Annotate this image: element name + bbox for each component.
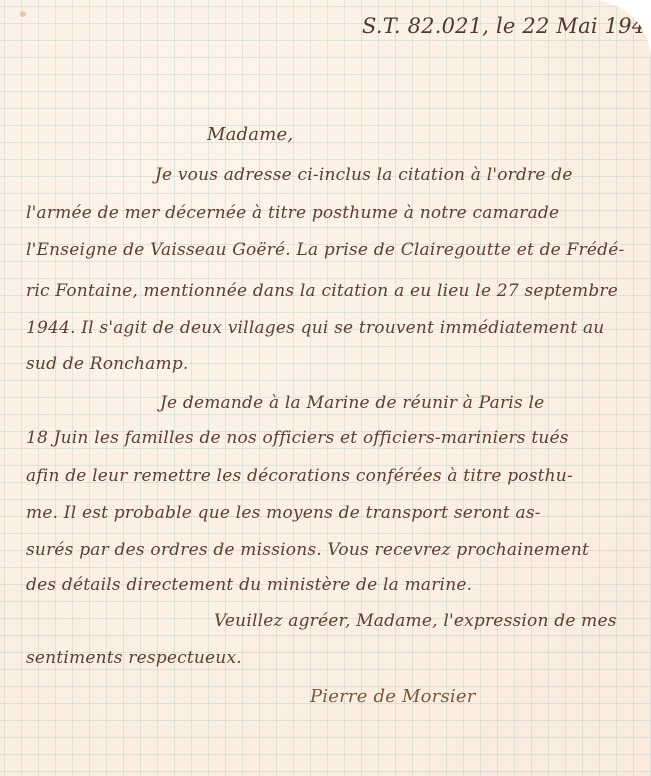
reference-and-date: S.T. 82.021, le 22 Mai 1945 — [362, 14, 651, 38]
letter-line: surés par des ordres de missions. Vous r… — [26, 540, 642, 560]
letter-line: ric Fontaine, mentionnée dans la citatio… — [26, 281, 642, 301]
letter-line: sud de Ronchamp. — [26, 354, 642, 374]
closing-line: sentiments respectueux. — [26, 648, 642, 668]
letter-line: l'Enseigne de Vaisseau Goëré. La prise d… — [26, 240, 642, 260]
closing-line: Veuillez agréer, Madame, l'expression de… — [214, 611, 651, 631]
letter-line: afin de leur remettre les décorations co… — [26, 466, 642, 486]
letter-line: l'armée de mer décernée à titre posthume… — [26, 203, 642, 223]
letter-line: 18 Juin les familles de nos officiers et… — [26, 428, 642, 448]
letter-line: 1944. Il s'agit de deux villages qui se … — [26, 318, 642, 338]
letter-line: me. Il est probable que les moyens de tr… — [26, 503, 642, 523]
paper-stain — [20, 11, 26, 17]
salutation: Madame, — [207, 124, 293, 145]
letter-line: des détails directement du ministère de … — [26, 575, 642, 595]
letter-page: S.T. 82.021, le 22 Mai 1945 Madame, Je v… — [0, 0, 651, 776]
letter-line: Je vous adresse ci-inclus la citation à … — [155, 165, 651, 185]
letter-line: Je demande à la Marine de réunir à Paris… — [160, 393, 651, 413]
signature: Pierre de Morsier — [310, 686, 476, 707]
